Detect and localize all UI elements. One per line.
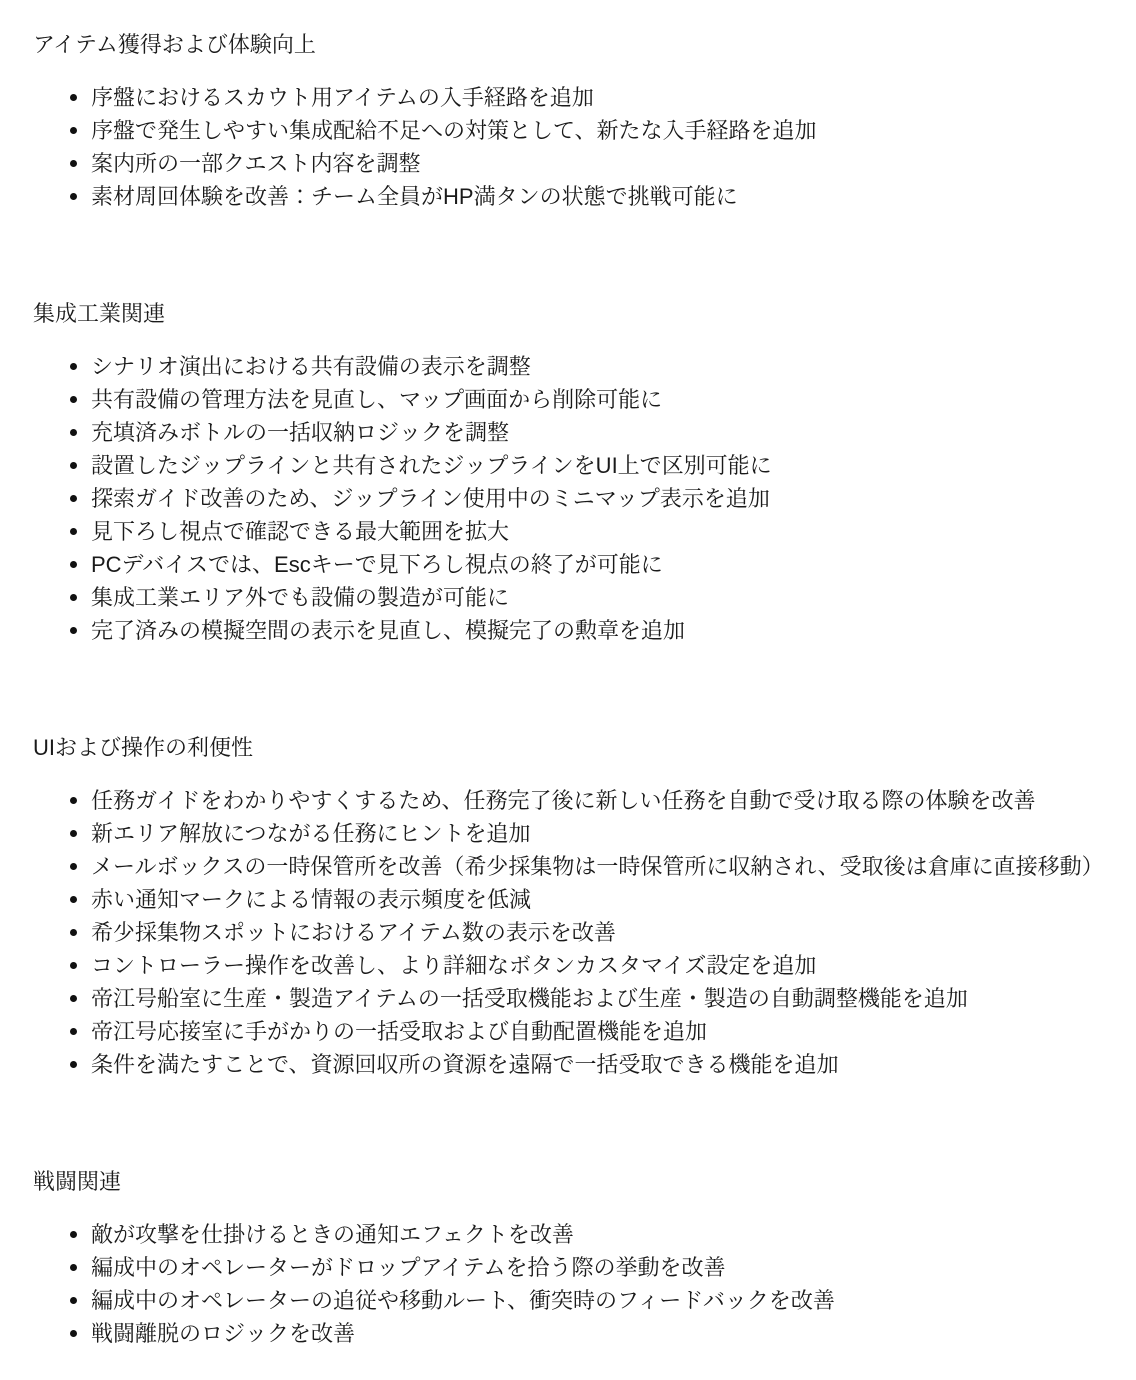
patch-notes-section: アイテム獲得および体験向上 序盤におけるスカウト用アイテムの入手経路を追加 序盤… — [33, 28, 1130, 213]
patch-notes-section: UIおよび操作の利便性 任務ガイドをわかりやすくするため、任務完了後に新しい任務… — [33, 731, 1130, 1081]
bullet-marker-icon — [70, 462, 77, 469]
bullet-item: 戦闘離脱のロジックを改善 — [91, 1317, 1130, 1350]
patch-notes-document: アイテム獲得および体験向上 序盤におけるスカウト用アイテムの入手経路を追加 序盤… — [33, 28, 1130, 1350]
bullet-item-text: 序盤におけるスカウト用アイテムの入手経路を追加 — [91, 85, 594, 110]
bullet-marker-icon — [70, 1231, 77, 1238]
bullet-item: PCデバイスでは、Escキーで見下ろし視点の終了が可能に — [91, 548, 1130, 581]
bullet-item: 条件を満たすことで、資源回収所の資源を遠隔で一括受取できる機能を追加 — [91, 1048, 1130, 1081]
section-heading: 戦闘関連 — [33, 1165, 1130, 1198]
bullet-item-text: 編成中のオペレーターがドロップアイテムを拾う際の挙動を改善 — [91, 1255, 725, 1280]
bullet-marker-icon — [70, 627, 77, 634]
bullet-list: 任務ガイドをわかりやすくするため、任務完了後に新しい任務を自動で受け取る際の体験… — [33, 784, 1130, 1081]
bullet-item: 新エリア解放につながる任務にヒントを追加 — [91, 817, 1130, 850]
bullet-marker-icon — [70, 995, 77, 1002]
bullet-item: コントローラー操作を改善し、より詳細なボタンカスタマイズ設定を追加 — [91, 949, 1130, 982]
bullet-item: 充填済みボトルの一括収納ロジックを調整 — [91, 416, 1130, 449]
bullet-item: 設置したジップラインと共有されたジップラインをUI上で区別可能に — [91, 449, 1130, 482]
bullet-item-text: 集成工業エリア外でも設備の製造が可能に — [91, 585, 509, 610]
bullet-item-text: 共有設備の管理方法を見直し、マップ画面から削除可能に — [91, 387, 662, 412]
bullet-marker-icon — [70, 863, 77, 870]
bullet-list: 序盤におけるスカウト用アイテムの入手経路を追加 序盤で発生しやすい集成配給不足へ… — [33, 81, 1130, 213]
bullet-marker-icon — [70, 193, 77, 200]
bullet-item: 希少採集物スポットにおけるアイテム数の表示を改善 — [91, 916, 1130, 949]
bullet-item-text: 完了済みの模擬空間の表示を見直し、模擬完了の勲章を追加 — [91, 618, 685, 643]
bullet-marker-icon — [70, 94, 77, 101]
section-heading: UIおよび操作の利便性 — [33, 731, 1130, 764]
bullet-marker-icon — [70, 830, 77, 837]
bullet-item-text: 素材周回体験を改善：チーム全員がHP満タンの状態で挑戦可能に — [91, 184, 738, 209]
bullet-item-text: 設置したジップラインと共有されたジップラインをUI上で区別可能に — [91, 453, 772, 478]
bullet-item-text: 編成中のオペレーターの追従や移動ルート、衝突時のフィードバックを改善 — [91, 1288, 835, 1313]
bullet-item: シナリオ演出における共有設備の表示を調整 — [91, 350, 1130, 383]
bullet-item: 序盤におけるスカウト用アイテムの入手経路を追加 — [91, 81, 1130, 114]
bullet-item-text: 任務ガイドをわかりやすくするため、任務完了後に新しい任務を自動で受け取る際の体験… — [91, 788, 1035, 813]
bullet-item: 敵が攻撃を仕掛けるときの通知エフェクトを改善 — [91, 1218, 1130, 1251]
bullet-item-text: 赤い通知マークによる情報の表示頻度を低減 — [91, 887, 531, 912]
bullet-marker-icon — [70, 528, 77, 535]
bullet-item-text: シナリオ演出における共有設備の表示を調整 — [91, 354, 531, 379]
bullet-item-text: コントローラー操作を改善し、より詳細なボタンカスタマイズ設定を追加 — [91, 953, 816, 978]
bullet-item: 赤い通知マークによる情報の表示頻度を低減 — [91, 883, 1130, 916]
bullet-item: 集成工業エリア外でも設備の製造が可能に — [91, 581, 1130, 614]
bullet-marker-icon — [70, 1297, 77, 1304]
bullet-item: 任務ガイドをわかりやすくするため、任務完了後に新しい任務を自動で受け取る際の体験… — [91, 784, 1130, 817]
section-heading: アイテム獲得および体験向上 — [33, 28, 1130, 61]
bullet-item: 完了済みの模擬空間の表示を見直し、模擬完了の勲章を追加 — [91, 614, 1130, 647]
bullet-item: 序盤で発生しやすい集成配給不足への対策として、新たな入手経路を追加 — [91, 114, 1130, 147]
bullet-marker-icon — [70, 1028, 77, 1035]
bullet-item-text: 探索ガイド改善のため、ジップライン使用中のミニマップ表示を追加 — [91, 486, 770, 511]
bullet-marker-icon — [70, 127, 77, 134]
bullet-marker-icon — [70, 495, 77, 502]
bullet-item-text: 案内所の一部クエスト内容を調整 — [91, 151, 421, 176]
patch-notes-section: 集成工業関連 シナリオ演出における共有設備の表示を調整 共有設備の管理方法を見直… — [33, 297, 1130, 647]
bullet-marker-icon — [70, 962, 77, 969]
bullet-item-text: メールボックスの一時保管所を改善（希少採集物は一時保管所に収納され、受取後は倉庫… — [91, 854, 1104, 879]
bullet-marker-icon — [70, 396, 77, 403]
bullet-marker-icon — [70, 1264, 77, 1271]
patch-notes-section: 戦闘関連 敵が攻撃を仕掛けるときの通知エフェクトを改善 編成中のオペレーターがド… — [33, 1165, 1130, 1350]
bullet-item-text: PCデバイスでは、Escキーで見下ろし視点の終了が可能に — [91, 552, 663, 577]
bullet-item: 編成中のオペレーターがドロップアイテムを拾う際の挙動を改善 — [91, 1251, 1130, 1284]
bullet-item-text: 敵が攻撃を仕掛けるときの通知エフェクトを改善 — [91, 1222, 574, 1247]
bullet-list: 敵が攻撃を仕掛けるときの通知エフェクトを改善 編成中のオペレーターがドロップアイ… — [33, 1218, 1130, 1350]
bullet-marker-icon — [70, 363, 77, 370]
bullet-marker-icon — [70, 797, 77, 804]
bullet-item: 帝江号応接室に手がかりの一括受取および自動配置機能を追加 — [91, 1015, 1130, 1048]
section-heading: 集成工業関連 — [33, 297, 1130, 330]
bullet-item-text: 帝江号船室に生産・製造アイテムの一括受取機能および生産・製造の自動調整機能を追加 — [91, 986, 968, 1011]
bullet-marker-icon — [70, 429, 77, 436]
bullet-list: シナリオ演出における共有設備の表示を調整 共有設備の管理方法を見直し、マップ画面… — [33, 350, 1130, 647]
bullet-item-text: 新エリア解放につながる任務にヒントを追加 — [91, 821, 531, 846]
bullet-item: 編成中のオペレーターの追従や移動ルート、衝突時のフィードバックを改善 — [91, 1284, 1130, 1317]
bullet-marker-icon — [70, 896, 77, 903]
bullet-item-text: 見下ろし視点で確認できる最大範囲を拡大 — [91, 519, 509, 544]
bullet-item-text: 希少採集物スポットにおけるアイテム数の表示を改善 — [91, 920, 616, 945]
bullet-item-text: 充填済みボトルの一括収納ロジックを調整 — [91, 420, 509, 445]
bullet-marker-icon — [70, 561, 77, 568]
bullet-item: 共有設備の管理方法を見直し、マップ画面から削除可能に — [91, 383, 1130, 416]
bullet-marker-icon — [70, 1061, 77, 1068]
bullet-item: 探索ガイド改善のため、ジップライン使用中のミニマップ表示を追加 — [91, 482, 1130, 515]
bullet-marker-icon — [70, 594, 77, 601]
document-page: { "styles": { "background": "#ffffff", "… — [0, 0, 1136, 1380]
bullet-marker-icon — [70, 1330, 77, 1337]
bullet-item: 見下ろし視点で確認できる最大範囲を拡大 — [91, 515, 1130, 548]
bullet-item: 帝江号船室に生産・製造アイテムの一括受取機能および生産・製造の自動調整機能を追加 — [91, 982, 1130, 1015]
bullet-item: メールボックスの一時保管所を改善（希少採集物は一時保管所に収納され、受取後は倉庫… — [91, 850, 1130, 883]
bullet-item: 素材周回体験を改善：チーム全員がHP満タンの状態で挑戦可能に — [91, 180, 1130, 213]
bullet-item: 案内所の一部クエスト内容を調整 — [91, 147, 1130, 180]
bullet-marker-icon — [70, 929, 77, 936]
bullet-marker-icon — [70, 160, 77, 167]
bullet-item-text: 帝江号応接室に手がかりの一括受取および自動配置機能を追加 — [91, 1019, 707, 1044]
bullet-item-text: 条件を満たすことで、資源回収所の資源を遠隔で一括受取できる機能を追加 — [91, 1052, 839, 1077]
bullet-item-text: 戦闘離脱のロジックを改善 — [91, 1321, 355, 1346]
bullet-item-text: 序盤で発生しやすい集成配給不足への対策として、新たな入手経路を追加 — [91, 118, 817, 143]
